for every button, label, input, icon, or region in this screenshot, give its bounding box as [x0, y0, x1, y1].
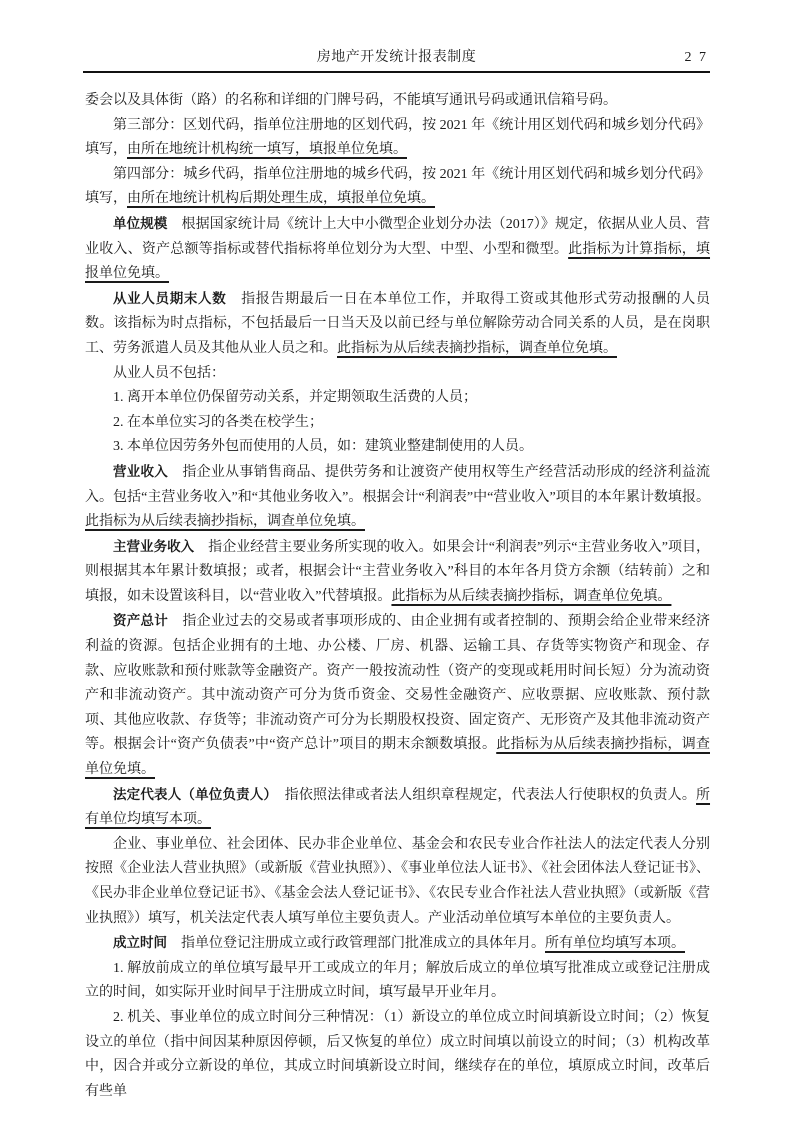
paragraph: 第四部分：城乡代码，指单位注册地的城乡代码，按 2021 年《统计用区划代码和城… [85, 163, 710, 212]
text-segment: 2. 在本单位实习的各类在校学生； [113, 415, 323, 430]
text-segment: 指依照法律或者法人组织章程规定，代表法人行使职权的负责人。 [270, 788, 696, 803]
paragraph: 从业人员期末人数 指报告期最后一日在本单位工作，并取得工资或其他形式劳动报酬的人… [85, 287, 710, 362]
paragraph: 资产总计 指企业过去的交易或者事项形成的、由企业拥有或者控制的、预期会给企业带来… [85, 609, 710, 782]
page-header: 房地产开发统计报表制度 2 7 [83, 0, 710, 73]
paragraph: 2. 在本单位实习的各类在校学生； [85, 411, 710, 436]
paragraph: 委会以及具体街（路）的名称和详细的门牌号码，不能填写通讯号码或通讯信箱号码。 [85, 89, 710, 114]
header-title: 房地产开发统计报表制度 [83, 46, 710, 66]
paragraph: 第三部分：区划代码，指单位注册地的区划代码，按 2021 年《统计用区划代码和城… [85, 114, 710, 163]
document-body: 委会以及具体街（路）的名称和详细的门牌号码，不能填写通讯号码或通讯信箱号码。第三… [85, 89, 710, 1104]
paragraph: 成立时间 指单位登记注册成立或行政管理部门批准成立的具体年月。所有单位均填写本项… [85, 931, 710, 957]
term-label: 主营业务收入 [113, 539, 194, 554]
term-label: 从业人员期末人数 [113, 291, 226, 306]
paragraph: 1. 解放前成立的单位填写最早开工或成立的年月；解放后成立的单位填写批准成立或登… [85, 957, 710, 1006]
text-segment: 指企业从事销售商品、提供劳务和让渡资产使用权等生产经营活动形成的经济利益流入。包… [85, 465, 710, 505]
paragraph: 1. 离开本单位仍保留劳动关系，并定期领取生活费的人员； [85, 386, 710, 411]
paragraph: 3. 本单位因劳务外包而使用的人员，如：建筑业整建制使用的人员。 [85, 435, 710, 460]
paragraph: 2. 机关、事业单位的成立时间分三种情况：（1）新设立的单位成立时间填新设立时间… [85, 1006, 710, 1104]
underlined-note: 此指标为从后续表摘抄指标，调查单位免填。 [337, 341, 617, 356]
underlined-note: 由所在地统计机构统一填写，填报单位免填。 [127, 142, 407, 157]
term-label: 成立时间 [113, 935, 167, 950]
paragraph: 主营业务收入 指企业经营主要业务所实现的收入。如果会计“利润表”列示“主营业务收… [85, 535, 710, 610]
term-label: 法定代表人（单位负责人） [113, 787, 270, 802]
text-segment: 指企业过去的交易或者事项形成的、由企业拥有或者控制的、预期会给企业带来经济利益的… [85, 614, 710, 752]
underlined-note: 此指标为从后续表摘抄指标，调查单位免填。 [391, 589, 671, 604]
term-label: 单位规模 [113, 216, 167, 231]
text-segment: 1. 解放前成立的单位填写最早开工或成立的年月；解放后成立的单位填写批准成立或登… [85, 961, 710, 1001]
paragraph: 单位规模 根据国家统计局《统计上大中小微型企业划分办法（2017）》规定，依据从… [85, 212, 710, 287]
page-number: 2 7 [685, 50, 709, 66]
text-segment: 委会以及具体街（路）的名称和详细的门牌号码，不能填写通讯号码或通讯信箱号码。 [85, 93, 617, 108]
underlined-note: 所有单位均填写本项。 [545, 936, 685, 951]
paragraph: 企业、事业单位、社会团体、民办非企业单位、基金会和农民专业合作社法人的法定代表人… [85, 833, 710, 931]
paragraph: 法定代表人（单位负责人） 指依照法律或者法人组织章程规定，代表法人行使职权的负责… [85, 783, 710, 833]
text-segment: 2. 机关、事业单位的成立时间分三种情况：（1）新设立的单位成立时间填新设立时间… [85, 1010, 710, 1099]
text-segment: 3. 本单位因劳务外包而使用的人员，如：建筑业整建制使用的人员。 [113, 439, 533, 454]
document-page: 房地产开发统计报表制度 2 7 委会以及具体街（路）的名称和详细的门牌号码，不能… [0, 0, 793, 1122]
underlined-note: 此指标为从后续表摘抄指标，调查单位免填。 [85, 514, 365, 529]
term-label: 资产总计 [113, 613, 168, 628]
text-segment: 1. 离开本单位仍保留劳动关系，并定期领取生活费的人员； [113, 390, 477, 405]
text-segment: 企业、事业单位、社会团体、民办非企业单位、基金会和农民专业合作社法人的法定代表人… [85, 837, 710, 926]
text-segment: 指单位登记注册成立或行政管理部门批准成立的具体年月。 [167, 936, 545, 951]
text-segment: 从业人员不包括： [113, 366, 225, 381]
term-label: 营业收入 [113, 464, 168, 479]
paragraph: 营业收入 指企业从事销售商品、提供劳务和让渡资产使用权等生产经营活动形成的经济利… [85, 460, 710, 535]
paragraph: 从业人员不包括： [85, 362, 710, 387]
underlined-note: 由所在地统计机构后期处理生成，填报单位免填。 [127, 191, 435, 206]
